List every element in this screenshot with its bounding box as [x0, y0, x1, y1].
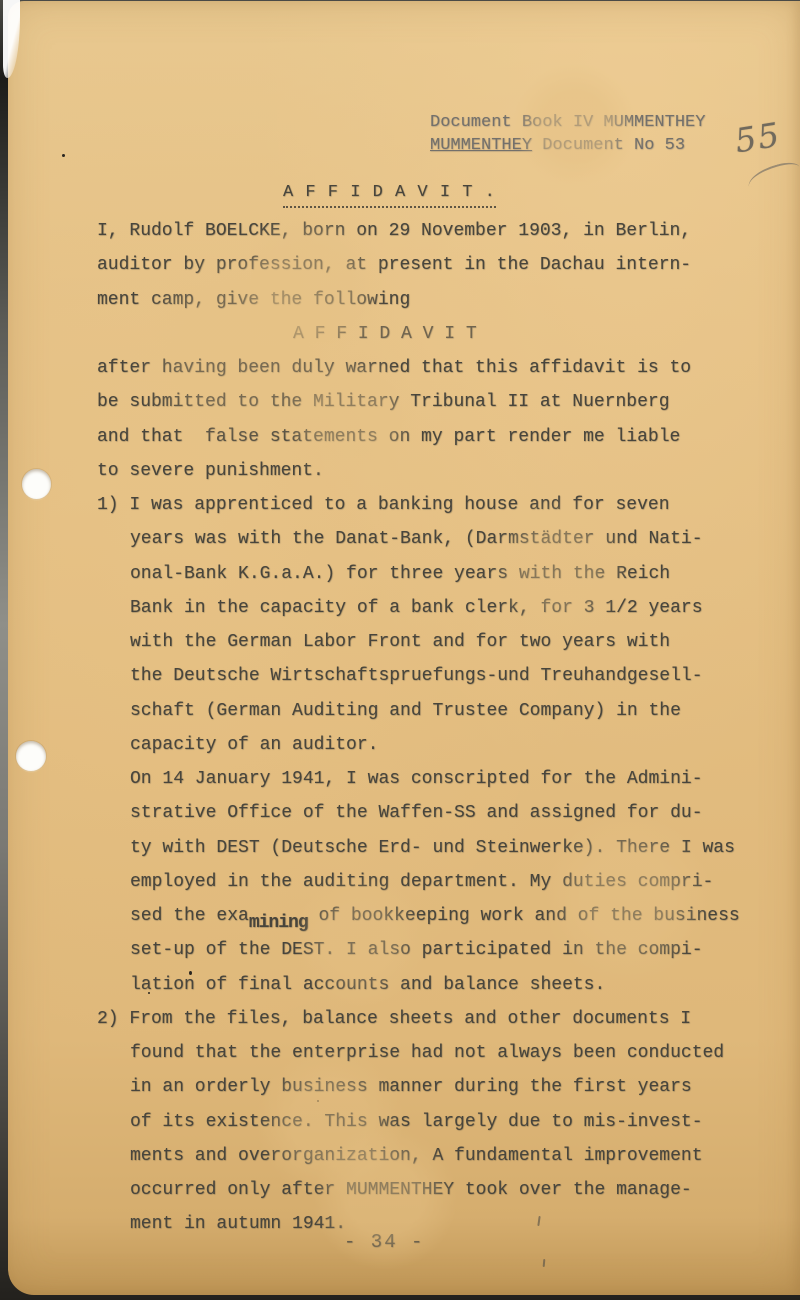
document-line-segment: of bookkeeping work and of the business — [308, 906, 740, 926]
document-line: A F F I D A V I T — [97, 324, 777, 358]
document-line: auditor by profession, at present in the… — [97, 255, 777, 289]
document-line-segment: mining — [249, 913, 308, 933]
paper-speck — [62, 154, 65, 157]
document-line: 1) I was apprenticed to a banking house … — [97, 495, 777, 529]
document-header: Document Book IV MUMMENTHEY MUMMENTHEY D… — [430, 111, 705, 157]
document-line: be submitted to the Military Tribunal II… — [97, 392, 777, 426]
affidavit-body: I, Rudolf BOELCKE, born on 29 November 1… — [97, 221, 777, 1249]
document-line: of its existence. This was largely due t… — [97, 1112, 777, 1146]
document-line: capacity of an auditor. — [97, 735, 777, 769]
header-line-1: Document Book IV MUMMENTHEY — [430, 111, 705, 134]
document-line: On 14 January 1941, I was conscripted fo… — [97, 769, 777, 803]
header-line-2-rest: Document No 53 — [532, 136, 685, 155]
document-line: set-up of the DEST. I also participated … — [97, 940, 777, 974]
paper-speck — [148, 992, 150, 994]
header-line-2: MUMMENTHEY Document No 53 — [430, 134, 705, 157]
punch-hole-bottom — [16, 741, 46, 771]
document-line: the Deutsche Wirtschaftspruefungs-und Tr… — [97, 666, 777, 700]
document-line: with the German Labor Front and for two … — [97, 632, 777, 666]
affidavit-title: A F F I D A V I T . — [283, 183, 496, 208]
document-line: ment in autumn 1941. — [97, 1214, 777, 1248]
document-line: employed in the auditing department. My … — [97, 872, 777, 906]
document-line: ty with DEST (Deutsche Erd- und Steinwer… — [97, 838, 777, 872]
document-line: lation of final accounts and balance she… — [97, 975, 777, 1009]
document-line: onal-Bank K.G.a.A.) for three years with… — [97, 564, 777, 598]
document-line: ments and overorganization, A fundamenta… — [97, 1146, 777, 1180]
document-line: found that the enterprise had not always… — [97, 1043, 777, 1077]
document-line: strative Office of the Waffen-SS and ass… — [97, 803, 777, 837]
document-line: after having been duly warned that this … — [97, 358, 777, 392]
document-line: occurred only after MUMMENTHEY took over… — [97, 1180, 777, 1214]
header-defendant-name: MUMMENTHEY — [430, 136, 532, 155]
paper-speck — [189, 971, 192, 975]
document-line: and that false statements on my part ren… — [97, 427, 777, 461]
document-line: to severe punishment. — [97, 461, 777, 495]
document-line: I, Rudolf BOELCKE, born on 29 November 1… — [97, 221, 777, 255]
page-number: - 34 - — [344, 1231, 424, 1253]
paper-speck — [317, 1100, 319, 1102]
document-line: in an orderly business manner during the… — [97, 1077, 777, 1111]
document-line: years was with the Danat-Bank, (Darmstäd… — [97, 529, 777, 563]
document-line: ment camp, give the following — [97, 290, 777, 324]
document-line-segment: sed the exa — [130, 906, 249, 926]
handwritten-exhibit-number: 55 — [732, 115, 784, 161]
document-line: 2) From the files, balance sheets and ot… — [97, 1009, 777, 1043]
document-line: sed the examining of bookkeeping work an… — [97, 906, 777, 940]
document-line: schaft (German Auditing and Trustee Comp… — [97, 701, 777, 735]
document-line: Bank in the capacity of a bank clerk, fo… — [97, 598, 777, 632]
punch-hole-top — [22, 469, 51, 499]
